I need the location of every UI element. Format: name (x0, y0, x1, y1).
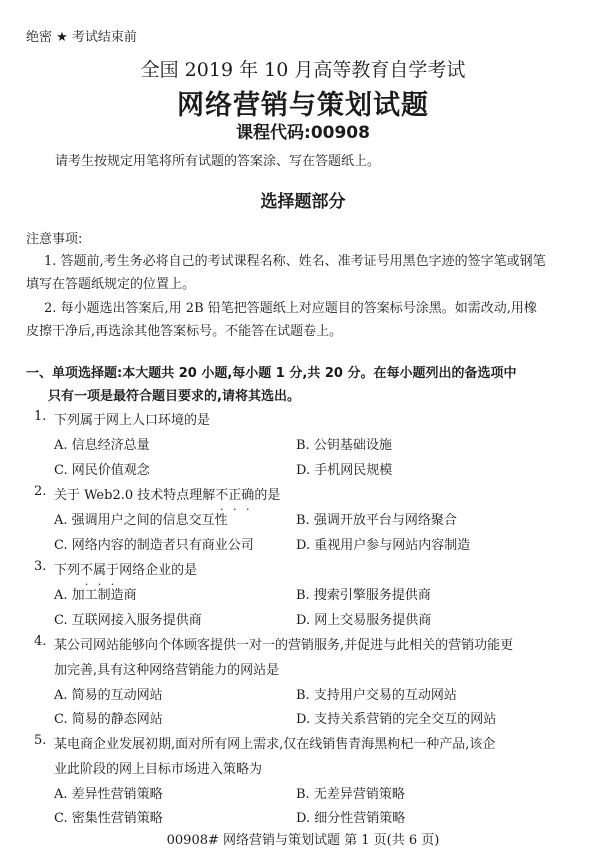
option-a[interactable]: A. 差异性营销策略 (54, 783, 163, 802)
exam-name: 全国 2019 年 10 月高等教育自学考试 (0, 55, 606, 82)
note-1-line-1: 1. 答题前,考生务必将自己的考试课程名称、姓名、准考证号用黑色字迹的签字笔或钢… (44, 250, 546, 269)
option-c[interactable]: C. 简易的静态网站 (54, 708, 163, 727)
option-b[interactable]: B. 公钥基础设施 (296, 434, 392, 453)
question-number: 2. (34, 484, 46, 499)
part-one-heading-line-2: 只有一项是最符合题目要求的,请将其选出。 (48, 385, 300, 404)
question-number: 3. (34, 559, 46, 574)
question-stem: 下列属于网上人口环境的是 (54, 409, 210, 428)
part-one-heading-line-1: 一、单项选择题:本大题共 20 小题,每小题 1 分,共 20 分。在每小题列出… (26, 362, 516, 381)
option-c[interactable]: C. 网络内容的制造者只有商业公司 (54, 534, 254, 553)
emphasis-char: 属 (93, 563, 106, 578)
section-title: 选择题部分 (0, 187, 606, 212)
course-code: 课程代码:00908 (0, 118, 606, 143)
option-d[interactable]: D. 支持关系营销的完全交互的网站 (296, 708, 496, 727)
stem-text: 的是 (254, 488, 280, 503)
question-stem-line-2: 加完善,具有这种网络营销能力的网站是 (54, 659, 279, 678)
note-2-line-2: 皮擦干净后,再选涂其他答案标号。不能答在试题卷上。 (26, 320, 342, 339)
option-c[interactable]: C. 网民价值观念 (54, 459, 150, 478)
option-b[interactable]: B. 强调开放平台与网络聚合 (296, 509, 457, 528)
emphasis-char: 不 (80, 563, 93, 578)
emphasis-char: 确 (241, 488, 254, 503)
confidential-label: 绝密 ★ 考试结束前 (26, 26, 137, 45)
page-footer: 00908# 网络营销与策划试题 第 1 页(共 6 页) (0, 829, 606, 848)
option-a[interactable]: A. 简易的互动网站 (54, 684, 163, 703)
notes-title: 注意事项: (26, 228, 82, 247)
option-d[interactable]: D. 重视用户参与网站内容制造 (296, 534, 470, 553)
option-d[interactable]: D. 网上交易服务提供商 (296, 609, 431, 628)
stem-text: 网络企业的是 (119, 563, 197, 578)
option-d[interactable]: D. 手机网民规模 (296, 459, 392, 478)
option-a[interactable]: A. 加工制造商 (54, 584, 137, 603)
stem-text: 关于 Web2.0 技术特点理解 (54, 488, 215, 503)
option-d[interactable]: D. 细分性营销策略 (296, 807, 405, 826)
question-number: 5. (34, 733, 46, 748)
emphasis-char: 不 (215, 488, 228, 503)
option-a[interactable]: A. 信息经济总量 (54, 434, 150, 453)
paper-title: 网络营销与策划试题 (0, 83, 606, 122)
question-stem: 下列不属于网络企业的是 (54, 559, 197, 578)
emphasis-char: 于 (106, 563, 119, 578)
question-number: 4. (34, 634, 46, 649)
option-c[interactable]: C. 密集性营销策略 (54, 807, 163, 826)
option-a[interactable]: A. 强调用户之间的信息交互性 (54, 509, 228, 528)
emphasis-char: 正 (228, 488, 241, 503)
question-stem: 关于 Web2.0 技术特点理解不正确的是 (54, 484, 280, 503)
note-2-line-1: 2. 每小题选出答案后,用 2B 铅笔把答题纸上对应题目的答案标号涂黑。如需改动… (44, 297, 537, 316)
question-number: 1. (34, 409, 46, 424)
question-stem-line-1: 某电商企业发展初期,面对所有网上需求,仅在线销售青海黑枸杞一种产品,该企 (54, 733, 495, 752)
option-b[interactable]: B. 无差异营销策略 (296, 783, 405, 802)
answer-instruction: 请考生按规定用笔将所有试题的答案涂、写在答题纸上。 (55, 150, 380, 169)
question-stem-line-2: 业此阶段的网上目标市场进入策略为 (54, 758, 262, 777)
stem-text: 下列 (54, 563, 80, 578)
question-stem-line-1: 某公司网站能够向个体顾客提供一对一的营销服务,并促进与此相关的营销功能更 (54, 634, 513, 653)
option-b[interactable]: B. 搜索引擎服务提供商 (296, 584, 431, 603)
option-c[interactable]: C. 互联网接入服务提供商 (54, 609, 202, 628)
note-1-line-2: 填写在答题纸规定的位置上。 (26, 273, 195, 292)
option-b[interactable]: B. 支持用户交易的互动网站 (296, 684, 457, 703)
